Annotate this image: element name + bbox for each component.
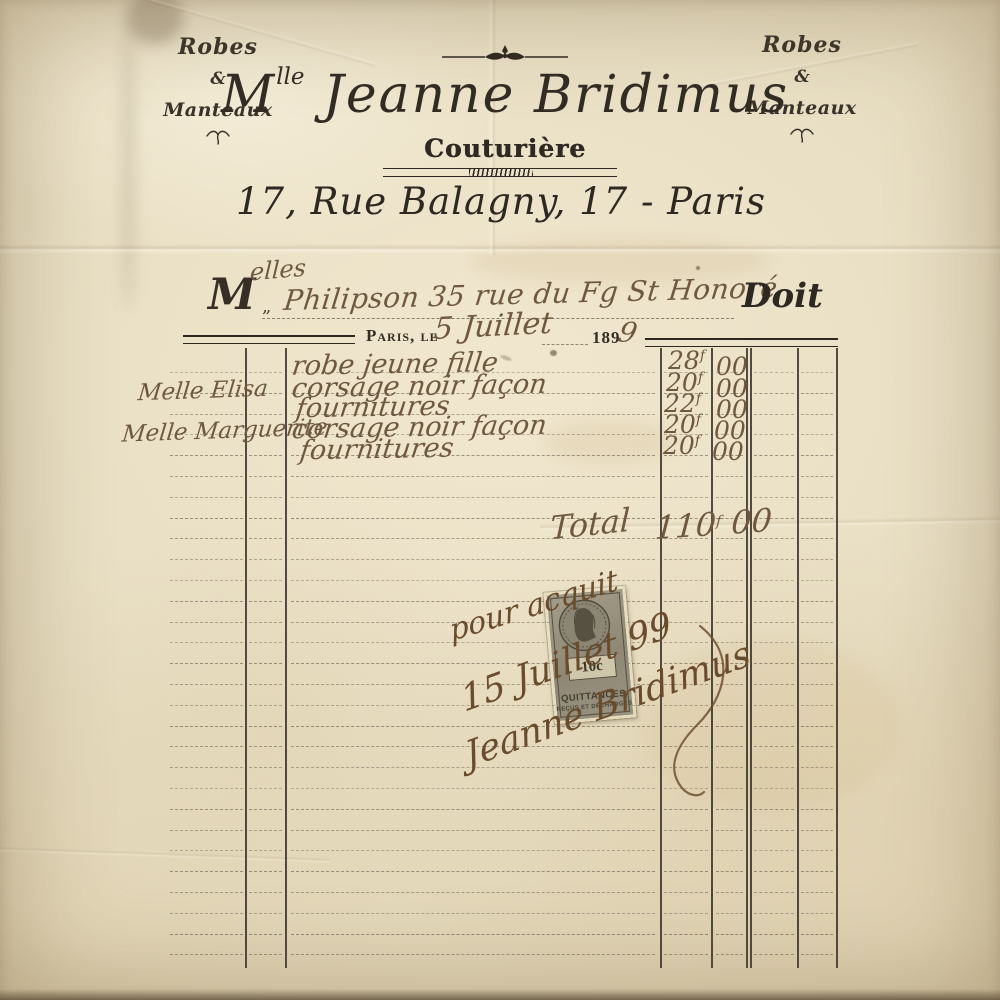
table-row-line (664, 892, 708, 893)
table-row-line (754, 850, 794, 851)
table-row-line (801, 476, 833, 477)
table-row-line (754, 892, 794, 893)
table-row-line (716, 913, 743, 914)
table-row-line (801, 455, 833, 456)
table-row-line (291, 476, 655, 477)
table-row-line (170, 601, 243, 602)
item-centimes: 00 (712, 437, 744, 466)
brand-robes-left: Robes (148, 34, 288, 60)
brand-robes-right: Robes (732, 32, 872, 58)
table-row-line (170, 372, 243, 373)
table-row-line (170, 538, 243, 539)
table-row-line (716, 559, 743, 560)
table-row-line (716, 954, 743, 955)
table-row-line (249, 518, 282, 519)
table-row-line (754, 476, 794, 477)
table-row-line (249, 414, 282, 415)
table-row-line (170, 705, 243, 706)
table-column-line (836, 348, 838, 968)
page-title: Mlle Jeanne Bridimus (150, 64, 860, 125)
table-row-line (801, 538, 833, 539)
table-row-line (249, 622, 282, 623)
table-row-line (664, 497, 708, 498)
table-row-line (170, 663, 243, 664)
table-row-line (664, 559, 708, 560)
table-row-line (754, 372, 794, 373)
city-date-label: Paris, le (366, 326, 439, 346)
table-row-line (291, 892, 655, 893)
table-row-line (249, 497, 282, 498)
table-row-line (291, 497, 655, 498)
table-row-line (170, 809, 243, 810)
table-row-line (664, 913, 708, 914)
ledger-table: Melle Elisa Melle Marguerite robe jeune … (0, 345, 1000, 973)
table-row-line (801, 705, 833, 706)
table-row-line (170, 518, 243, 519)
table-row-line (170, 559, 243, 560)
table-row-line (249, 684, 282, 685)
table-row-line (170, 830, 243, 831)
table-row-line (664, 830, 708, 831)
client-entry: Melle Elisa (137, 376, 269, 407)
table-row-line (801, 830, 833, 831)
table-row-line (170, 850, 243, 851)
ditto-mark: „ (262, 296, 271, 317)
table-row-line (170, 871, 243, 872)
table-row-line (249, 663, 282, 664)
table-row-line (249, 726, 282, 727)
table-row-line (801, 767, 833, 768)
table-row-line (170, 892, 243, 893)
table-row-line (801, 871, 833, 872)
table-row-line (291, 954, 655, 955)
table-row-line (170, 455, 243, 456)
title-name: Jeanne Bridimus (305, 65, 790, 125)
table-row-line (291, 871, 655, 872)
table-row-line (754, 913, 794, 914)
table-row-line (716, 580, 743, 581)
table-row-line (170, 414, 243, 415)
table-row-line (754, 871, 794, 872)
ink-blot (696, 266, 700, 270)
table-row-line (249, 455, 282, 456)
table-row-line (249, 934, 282, 935)
table-row-line (170, 788, 243, 789)
table-row-line (249, 871, 282, 872)
divider-hatch (469, 169, 533, 176)
title-m: M (221, 65, 276, 125)
table-row-line (664, 580, 708, 581)
table-row-line (249, 746, 282, 747)
table-row-line (801, 434, 833, 435)
table-row-line (170, 746, 243, 747)
table-row-line (801, 746, 833, 747)
table-row-line (754, 830, 794, 831)
table-row-line (249, 372, 282, 373)
table-row-line (716, 497, 743, 498)
table-row-line (249, 788, 282, 789)
table-row-line (249, 913, 282, 914)
billed-to-m: M (208, 270, 256, 320)
table-row-line (801, 934, 833, 935)
table-row-line (754, 393, 794, 394)
table-row-line (801, 809, 833, 810)
table-row-line (716, 476, 743, 477)
table-row-line (754, 497, 794, 498)
flourish-icon (787, 127, 817, 143)
table-row-line (249, 601, 282, 602)
date-handwritten: 5 Juillet (432, 306, 553, 347)
street-address: 17, Rue Balagny, 17 - Paris (145, 180, 857, 223)
table-row-line (801, 642, 833, 643)
table-row-line (801, 601, 833, 602)
table-row-line (716, 934, 743, 935)
title-superscript: lle (276, 64, 304, 90)
table-column-line (797, 348, 799, 968)
table-row-line (801, 726, 833, 727)
table-row-line (801, 414, 833, 415)
table-row-line (754, 809, 794, 810)
table-row-line (716, 871, 743, 872)
table-row-line (801, 393, 833, 394)
table-row-line (291, 809, 655, 810)
table-row-line (291, 788, 655, 789)
table-row-line (664, 476, 708, 477)
table-row-line (716, 830, 743, 831)
table-row-line (249, 767, 282, 768)
table-row-line (249, 809, 282, 810)
table-row-line (249, 892, 282, 893)
item-description: fournitures (298, 433, 455, 467)
doit-label: Doit (742, 276, 823, 316)
table-row-line (664, 871, 708, 872)
total-amount: 110f 00 (654, 501, 774, 547)
salutation-handwritten: elles (249, 253, 306, 286)
invoice-document-photo: Robes & Manteaux Robes & Manteaux Mlle J… (0, 0, 1000, 1000)
flourish-icon (203, 129, 233, 145)
table-row-line (754, 455, 794, 456)
table-row-line (801, 559, 833, 560)
table-row-line (801, 518, 833, 519)
table-row-line (801, 580, 833, 581)
table-row-line (249, 954, 282, 955)
table-row-line (170, 767, 243, 768)
table-row-line (249, 705, 282, 706)
table-row-line (170, 913, 243, 914)
header-ornament-icon (440, 42, 570, 66)
table-row-line (801, 622, 833, 623)
table-row-line (754, 414, 794, 415)
paper-stain (120, 30, 136, 310)
signature-paraph (638, 618, 768, 808)
table-row-line (664, 954, 708, 955)
table-row-line (801, 850, 833, 851)
table-row-line (664, 850, 708, 851)
table-row-line (664, 809, 708, 810)
table-row-line (754, 954, 794, 955)
table-row-line (801, 684, 833, 685)
item-francs: 20f (663, 431, 700, 460)
table-row-line (291, 559, 655, 560)
ink-blot (550, 350, 557, 356)
table-row-line (170, 497, 243, 498)
table-row-line (716, 850, 743, 851)
table-row-line (170, 476, 243, 477)
table-row-line (170, 684, 243, 685)
table-row-line (801, 892, 833, 893)
table-row-line (754, 580, 794, 581)
table-row-line (754, 601, 794, 602)
table-row-line (664, 934, 708, 935)
table-row-line (291, 850, 655, 851)
table-row-line (249, 476, 282, 477)
ink-blot (705, 286, 708, 289)
table-row-line (716, 892, 743, 893)
table-row-line (754, 559, 794, 560)
table-row-line (664, 601, 708, 602)
table-row-line (754, 934, 794, 935)
table-row-line (249, 559, 282, 560)
total-label: Total (550, 501, 631, 548)
table-row-line (249, 580, 282, 581)
profession-label: Couturière (350, 134, 660, 163)
table-row-line (170, 954, 243, 955)
title-divider (383, 168, 617, 177)
table-row-line (249, 830, 282, 831)
table-row-line (291, 913, 655, 914)
table-row-line (716, 601, 743, 602)
table-row-line (801, 788, 833, 789)
table-row-line (170, 580, 243, 581)
header-rule-left (183, 335, 355, 344)
table-row-line (170, 726, 243, 727)
table-row-line (801, 372, 833, 373)
table-row-line (170, 642, 243, 643)
table-row-line (801, 954, 833, 955)
table-row-line (291, 830, 655, 831)
photo-bottom-edge (0, 989, 1000, 1000)
table-row-line (801, 663, 833, 664)
table-row-line (249, 538, 282, 539)
table-row-line (291, 934, 655, 935)
table-row-line (170, 934, 243, 935)
table-row-line (249, 642, 282, 643)
table-row-line (716, 809, 743, 810)
table-row-line (801, 497, 833, 498)
fold-crease (0, 244, 1000, 254)
table-row-line (754, 434, 794, 435)
table-row-line (801, 913, 833, 914)
table-row-line (170, 622, 243, 623)
table-row-line (249, 850, 282, 851)
